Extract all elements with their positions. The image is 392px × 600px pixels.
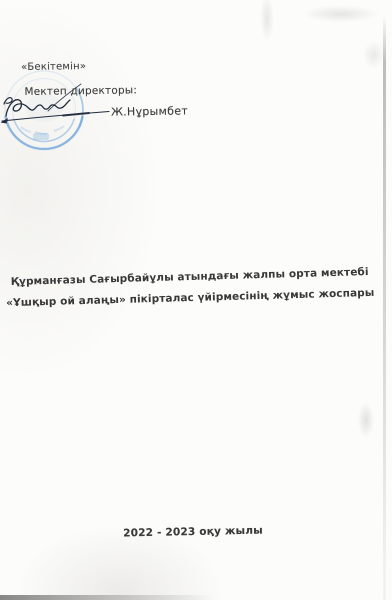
approval-block: «Бекітемін» Мектеп директоры: xyxy=(21,60,137,98)
scan-edge-shadow-right xyxy=(383,16,386,600)
scanned-document-page: «Бекітемін» Мектеп директоры: Ж.Нұрымбет… xyxy=(0,0,392,600)
director-name: Ж.Нұрымбет xyxy=(111,104,188,118)
scan-edge-shadow-bottom xyxy=(0,595,215,600)
document-title: Құрманғазы Сағырбайұлы атындағы жалпы ор… xyxy=(5,266,376,309)
title-line-2: «Ұшқыр ой алаңы» пікірталас үйірмесінің … xyxy=(5,287,375,309)
director-label: Мектеп директоры: xyxy=(24,84,137,98)
approval-label: «Бекітемін» xyxy=(21,60,137,73)
title-line-1: Құрманғазы Сағырбайұлы атындағы жалпы ор… xyxy=(5,266,375,288)
school-year: 2022 - 2023 оқу жылы xyxy=(0,522,386,542)
